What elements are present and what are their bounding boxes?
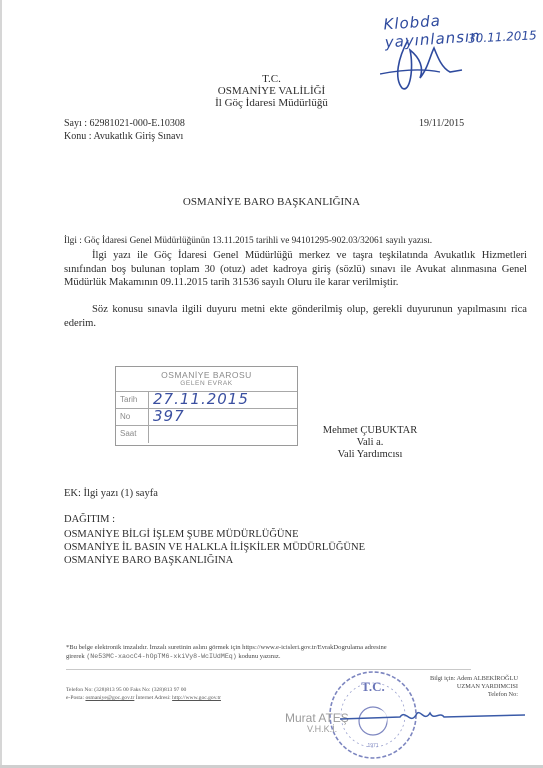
signer-role: Vali a. — [300, 437, 440, 449]
stamp-row-time: Saat — [116, 425, 297, 443]
document-number: Sayı : 62981021-000-E.10308 — [64, 118, 185, 130]
svg-text:1971: 1971 — [367, 743, 378, 749]
verification-code: (Ne53MC-xaocC4-hOpTM6-xkiVy8-WcIUdMEq) — [86, 653, 236, 660]
contact-email-web: e-Posta: osmaniye@goc.gov.tr İnternet Ad… — [66, 694, 221, 702]
attachment-line: EK: İlgi yazı (1) sayfa — [64, 488, 158, 499]
document-date: 19/11/2015 — [419, 118, 464, 130]
page-edge — [0, 0, 2, 768]
stamp-label: Saat — [120, 429, 136, 438]
svg-text:T.C.: T.C. — [361, 679, 385, 694]
copy-stamp-title: V.H.K.İ. — [307, 724, 337, 734]
header-directorate: İl Göç İdaresi Müdürlüğü — [0, 97, 543, 110]
recipient-heading: OSMANİYE BARO BAŞKANLIĞINA — [0, 196, 543, 208]
email-label: e-Posta: — [66, 695, 84, 701]
distribution-item: OSMANİYE İL BASIN VE HALKLA İLİŞKİLER MÜ… — [64, 541, 365, 554]
verification-line: girerek (Ne53MC-xaocC4-hOpTM6-xkiVy8-WcI… — [66, 652, 280, 661]
signer-name: Mehmet ÇUBUKTAR — [300, 425, 440, 437]
stamp-divider — [148, 409, 149, 426]
stamp-row-date: Tarih 27.11.2015 — [116, 391, 297, 409]
email-link[interactable]: osmaniye@goc.gov.tr — [85, 695, 134, 701]
document-subject: Konu : Avukatlık Giriş Sınavı — [64, 131, 183, 143]
body-paragraph-2: Söz konusu sınavla ilgili duyuru metni e… — [64, 303, 527, 330]
signature-icon — [340, 705, 525, 729]
stamp-divider — [148, 426, 149, 443]
stamp-label: No — [120, 412, 130, 421]
contact-phone-fax: Telefon No: (328)813 95 00 Faks No: (328… — [66, 686, 186, 694]
stamp-subtitle: GELEN EVRAK — [116, 380, 297, 388]
distribution-item: OSMANİYE BİLGİ İŞLEM ŞUBE MÜDÜRLÜĞÜNE — [64, 528, 299, 541]
stamp-title: OSMANİYE BAROSU — [116, 370, 297, 380]
web-link[interactable]: http://www.goc.gov.tr — [172, 695, 221, 701]
distribution-item: OSMANİYE BARO BAŞKANLIĞINA — [64, 554, 233, 567]
stamp-label: Tarih — [120, 395, 137, 404]
signer-title: Vali Yardımcısı — [300, 449, 440, 461]
body-paragraph-1: İlgi yazı ile Göç İdaresi Genel Müdürlüğ… — [64, 249, 527, 290]
stamp-value: 397 — [153, 407, 185, 425]
distribution-heading: DAĞITIM : — [64, 514, 115, 525]
document-page: Klobda yayınlansın 30.11.2015 T.C. OSMAN… — [0, 0, 543, 768]
receipt-stamp: OSMANİYE BAROSU GELEN EVRAK Tarih 27.11.… — [115, 366, 298, 446]
stamp-row-number: No 397 — [116, 408, 297, 426]
verification-prefix: girerek — [66, 653, 85, 660]
handwritten-date: 30.11.2015 — [468, 28, 537, 46]
e-signature-note: *Bu belge elektronik imzalıdır. İmzalı s… — [66, 643, 387, 652]
stamp-value: 27.11.2015 — [153, 390, 249, 408]
stamp-divider — [148, 392, 149, 409]
reference-line: İlgi : Göç İdaresi Genel Müdürlüğünün 13… — [64, 236, 432, 246]
web-label: İnternet Adresi: — [136, 695, 171, 701]
verification-suffix: kodunu yazınız. — [238, 653, 280, 660]
